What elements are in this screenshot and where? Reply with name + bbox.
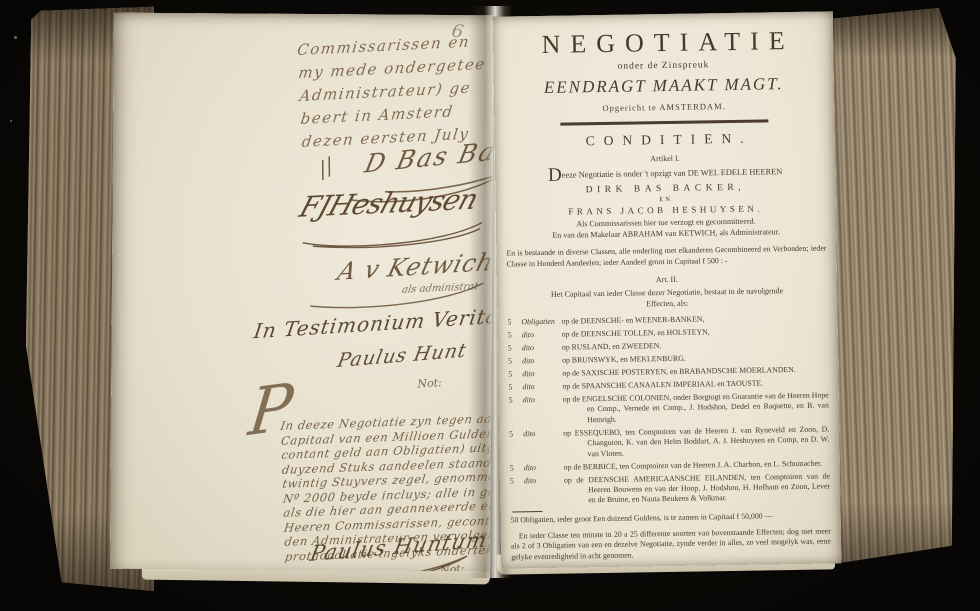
list-text: op RUSLAND, en ZWEEDEN. bbox=[562, 338, 828, 353]
list-qty: 5 bbox=[509, 395, 520, 426]
right-page-printed: NEGOTIATIE onder de Zinspreuk EENDRAGT M… bbox=[493, 11, 842, 568]
list-qty: 5 bbox=[508, 343, 519, 354]
sum-rule bbox=[512, 511, 542, 513]
paragraph-text: eeze Negotiatie is onder 't opzigt van D… bbox=[562, 167, 783, 179]
signature-flourish-slash: // bbox=[314, 154, 339, 183]
list-unit: dito bbox=[523, 429, 560, 461]
signature-heshuysen: FJHeshuysen bbox=[295, 182, 481, 223]
list-text: op de DEENSCHE TOLLEN, en HOLSTEYN, bbox=[562, 325, 828, 340]
administrator-line: En van den Makelaar ABRAHAM van KETWICH,… bbox=[506, 226, 826, 240]
right-fore-edge-page-stack bbox=[827, 8, 957, 568]
fund-motto: EENDRAGT MAAKT MAGT. bbox=[504, 74, 824, 99]
list-unit: dito bbox=[522, 343, 559, 354]
dust-speck bbox=[10, 120, 12, 122]
paragraph-oversight: Deeze Negotiatie is onder 't opzigt van … bbox=[505, 165, 825, 182]
effecten-list: 5Obligatienop de DEENSCHE- en WEENER-BAN… bbox=[507, 312, 830, 507]
list-text: op de DEENSCHE AMERICAANSCHE EILANDEN, t… bbox=[564, 471, 830, 506]
notary-mark: Not: bbox=[417, 376, 442, 391]
dust-speck bbox=[14, 36, 17, 39]
list-unit: dito bbox=[522, 330, 559, 341]
list-unit: dito bbox=[522, 382, 559, 393]
list-qty: 5 bbox=[508, 330, 519, 341]
list-qty: 5 bbox=[510, 463, 521, 474]
list-qty: 5 bbox=[510, 476, 521, 507]
list-qty: 5 bbox=[508, 382, 519, 393]
drop-cap: D bbox=[548, 164, 562, 185]
section-heading-conditien: CONDITIEN. bbox=[505, 129, 825, 150]
list-qty: 5 bbox=[509, 429, 520, 460]
horizontal-rule bbox=[560, 119, 768, 125]
list-unit: dito bbox=[522, 356, 559, 367]
list-qty: 5 bbox=[508, 369, 519, 380]
list-unit: dito bbox=[524, 462, 561, 473]
paragraph-classes: En is bestaande in diverse Classen, alle… bbox=[506, 243, 826, 269]
list-unit: dito bbox=[524, 475, 561, 507]
notary-mark: Not: bbox=[439, 562, 465, 571]
book-photograph: 6 Commissarissen en my mede ondergetee A… bbox=[0, 0, 980, 611]
list-item: 5ditoop ESSEQUEBO, ten Comptoiren van de… bbox=[509, 424, 829, 460]
total-line: 50 Obligatien, ieder groot Een duizend G… bbox=[511, 510, 831, 526]
list-item: 5ditoop de ENGELSCHE COLONIEN, onder Bor… bbox=[509, 390, 829, 426]
list-text: op de SAXISCHE POSTERYEN, en BRABANDSCHE… bbox=[562, 364, 828, 379]
list-qty: 5 bbox=[508, 356, 519, 367]
page-title: NEGOTIATIE bbox=[503, 26, 823, 61]
signature-paulus-notary: Paulus Hunt bbox=[336, 339, 469, 372]
left-page-handwritten: 6 Commissarissen en my mede ondergetee A… bbox=[110, 13, 494, 572]
list-text: op de DEENSCHE- en WEENER-BANKEN, bbox=[561, 312, 827, 327]
list-text: op ESSEQUEBO, ten Comptoiren van de Heer… bbox=[563, 424, 829, 459]
closing-text: En ieder Classe ten minste in 20 a 25 di… bbox=[511, 526, 831, 561]
article-heading-1: Artikel I. bbox=[505, 151, 825, 165]
list-text: op de ENGELSCHE COLONIEN, onder Borgtogt… bbox=[563, 390, 829, 425]
closing-paragraph: En ieder Classe ten minste in 20 a 25 di… bbox=[511, 526, 831, 563]
handwritten-paragraph-top: Commissarissen en my mede ondergetee Adm… bbox=[297, 23, 494, 153]
handwritten-testimonium: In Testimonium Veritatis bbox=[252, 302, 494, 343]
list-unit: dito bbox=[523, 395, 560, 427]
list-qty: 5 bbox=[507, 317, 518, 328]
founding-line: Opgericht te AMSTERDAM. bbox=[504, 100, 824, 115]
article-heading-2: Art. II. bbox=[507, 272, 827, 286]
list-item: 5ditoop de DEENSCHE AMERICAANSCHE EILAND… bbox=[510, 471, 830, 507]
list-unit: dito bbox=[522, 369, 559, 380]
list-unit: Obligatien bbox=[521, 317, 558, 328]
list-text: op BRUNSWYK, en MEKLENBURG. bbox=[562, 351, 828, 366]
list-text: op de SPAANSCHE CANAALEN IMPERIAAL en TA… bbox=[562, 377, 828, 392]
title-subtitle: onder de Zinspreuk bbox=[503, 59, 823, 74]
list-text: op de BERBICE, ten Comptoiren van de Hee… bbox=[564, 458, 830, 473]
